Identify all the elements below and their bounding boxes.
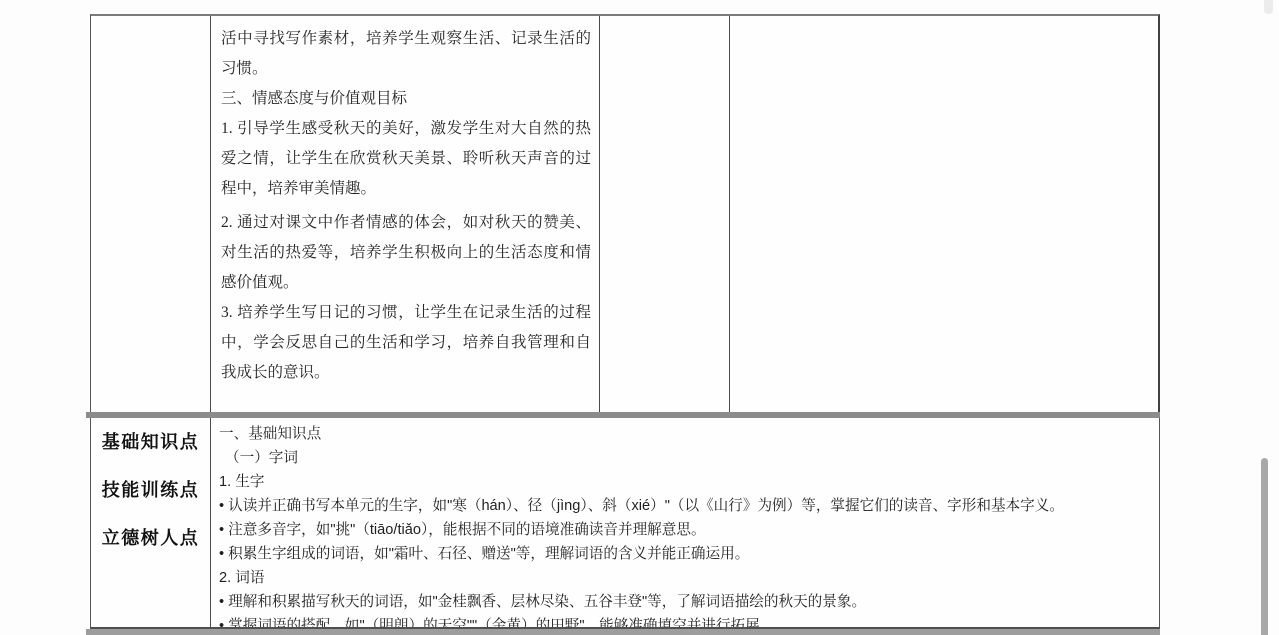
knowledge-bullet-autumn-words: • 理解和积累描写秋天的词语，如"金桂飘香、层林尽染、五谷丰登"等，了解词语描绘… [219,590,1155,614]
goals-text-cell: 活中寻找写作素材，培养学生观察生活、记录生活的习惯。 三、情感态度与价值观目标 … [211,16,600,413]
row-label-basic-knowledge: 基础知识点 [102,433,200,451]
knowledge-bullet-polyphone: • 注意多音字，如"挑"（tiāo/tiǎo），能根据不同的语境准确读音并理解意… [219,518,1155,542]
unit-goals-table: 活中寻找写作素材，培养学生观察生活、记录生活的习惯。 三、情感态度与价值观目标 … [90,14,1160,413]
row-label-skill-training: 技能训练点 [102,481,200,499]
goals-item-1: 1. 引导学生感受秋天的美好，激发学生对大自然的热爱之情，让学生在欣赏秋天美景、… [221,114,591,204]
knowledge-bullet-read-write: • 认读并正确书写本单元的生字，如"寒（hán）、径（jìng）、斜（xié）"… [219,494,1155,518]
document-page: 活中寻找写作素材，培养学生观察生活、记录生活的习惯。 三、情感态度与价值观目标 … [0,0,1279,635]
row-label-moral-education: 立德树人点 [102,529,200,547]
goals-row-label-cell-empty [91,16,211,413]
knowledge-item-new-chars: 1. 生字 [219,470,1155,494]
goals-paragraph-continuation: 活中寻找写作素材，培养学生观察生活、记录生活的习惯。 [221,24,591,84]
knowledge-bullet-collocation: • 掌握词语的搭配，如"（明朗）的天空""（金黄）的田野"，能够准确填空并进行拓… [219,614,1155,627]
knowledge-heading: 一、基础知识点 [219,422,1155,446]
goals-item-3: 3. 培养学生写日记的习惯，让学生在记录生活的过程中，学会反思自己的生活和学习，… [221,298,591,388]
knowledge-item-vocabulary: 2. 词语 [219,566,1155,590]
knowledge-bullet-accumulate-words: • 积累生字组成的词语，如"霜叶、石径、赠送"等，理解词语的含义并能正确运用。 [219,542,1155,566]
knowledge-subheading-words: （一）字词 [219,446,1155,470]
page-cut-band [86,629,1160,635]
knowledge-row-label-cell: 基础知识点 技能训练点 立德树人点 [91,418,211,627]
goals-column-empty-2 [730,16,1158,413]
goals-item-2: 2. 通过对课文中作者情感的体会，如对秋天的赞美、对生活的热爱等，培养学生积极向… [221,208,591,298]
vertical-scrollbar-thumb[interactable] [1261,458,1268,635]
knowledge-points-table: 基础知识点 技能训练点 立德树人点 一、基础知识点 （一）字词 1. 生字 • … [90,418,1160,629]
knowledge-content-cell: 一、基础知识点 （一）字词 1. 生字 • 认读并正确书写本单元的生字，如"寒（… [211,418,1159,627]
scrollbar-track-top [1264,0,1273,14]
goals-column-empty-1 [600,16,730,413]
goals-section-heading: 三、情感态度与价值观目标 [221,84,591,114]
